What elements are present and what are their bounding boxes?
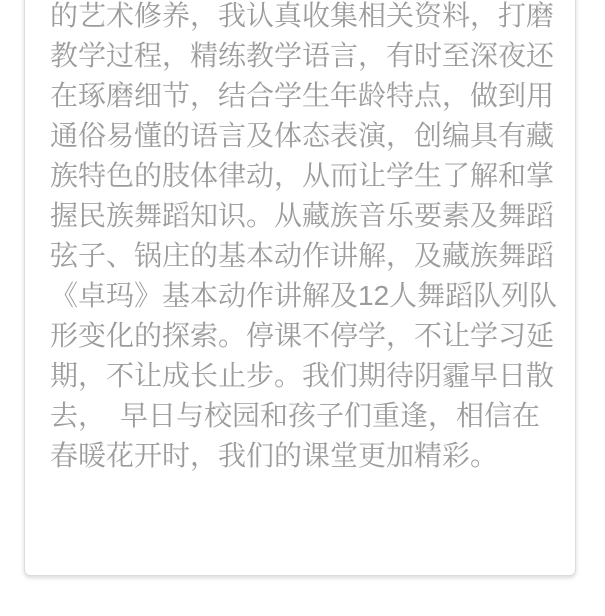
text-line: 弦子、锅庄的基本动作讲解，及藏族舞蹈	[50, 236, 551, 276]
article-paragraph: 的艺术修养，我认真收集相关资料，打磨 教学过程，精练教学语言，有时至深夜还 在琢…	[25, 0, 575, 476]
text-line: 《卓玛》基本动作讲解及12人舞蹈队列队	[50, 276, 551, 316]
text-line: 期，不让成长止步。我们期待阴霾早日散	[50, 356, 551, 396]
text-line: 去， 早日与校园和孩子们重逢，相信在	[50, 396, 551, 436]
text-line: 族特色的肢体律动，从而让学生了解和掌	[50, 156, 551, 196]
article-card: 的艺术修养，我认真收集相关资料，打磨 教学过程，精练教学语言，有时至深夜还 在琢…	[24, 0, 576, 576]
text-line: 在琢磨细节，结合学生年龄特点，做到用	[50, 76, 551, 116]
text-line: 握民族舞蹈知识。从藏族音乐要素及舞蹈	[50, 196, 551, 236]
page-background: 的艺术修养，我认真收集相关资料，打磨 教学过程，精练教学语言，有时至深夜还 在琢…	[0, 0, 605, 616]
text-line: 通俗易懂的语言及体态表演，创编具有藏	[50, 116, 551, 156]
text-line: 春暖花开时，我们的课堂更加精彩。	[50, 436, 551, 476]
text-line: 教学过程，精练教学语言，有时至深夜还	[50, 36, 551, 76]
text-line: 的艺术修养，我认真收集相关资料，打磨	[50, 0, 551, 36]
text-line: 形变化的探索。停课不停学，不让学习延	[50, 316, 551, 356]
